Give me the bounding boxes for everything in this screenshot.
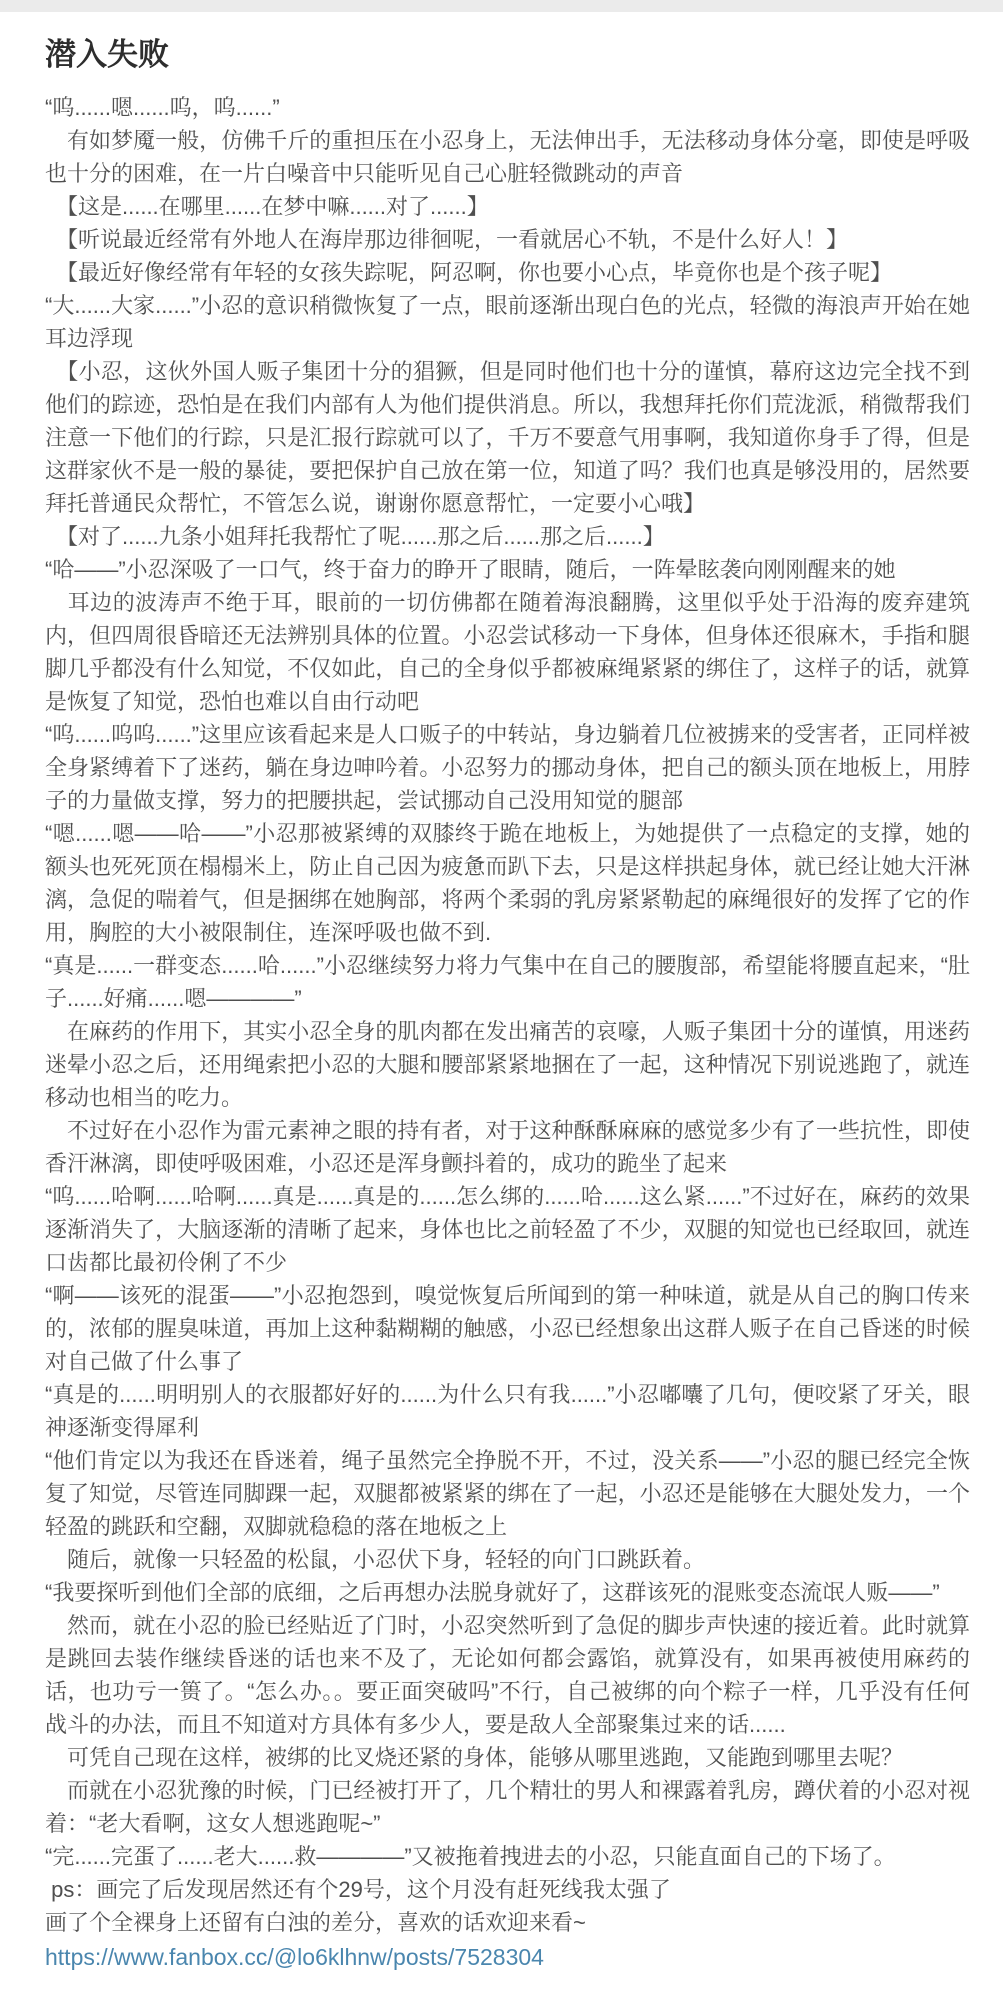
story-paragraph: 然而，就在小忍的脸已经贴近了门时，小忍突然听到了急促的脚步声快速的接近着。此时就… (45, 1609, 970, 1741)
story-paragraph: “完......完蛋了......老大......救————”又被拖着拽进去的小… (45, 1840, 970, 1873)
story-paragraph: “真是的......明明别人的衣服都好好的......为什么只有我......”… (45, 1378, 970, 1444)
story-paragraph: 【听说最近经常有外地人在海岸那边徘徊呢，一看就居心不轨，不是什么好人！】 (45, 223, 970, 256)
story-paragraph: 【这是......在哪里......在梦中嘛......对了......】 (45, 190, 970, 223)
page-title: 潜入失败 (45, 36, 970, 73)
story-paragraph: 【对了......九条小姐拜托我帮忙了呢......那之后......那之后..… (45, 520, 970, 553)
story-paragraph: 随后，就像一只轻盈的松鼠，小忍伏下身，轻轻的向门口跳跃着。 (45, 1543, 970, 1576)
story-paragraph: 耳边的波涛声不绝于耳，眼前的一切仿佛都在随着海浪翻腾，这里似乎处于沿海的废弃建筑… (45, 586, 970, 718)
story-paragraph: “大......大家......”小忍的意识稍微恢复了一点，眼前逐渐出现白色的光… (45, 289, 970, 355)
story-paragraph: “呜......哈啊......哈啊......真是......真是的.....… (45, 1180, 970, 1279)
fanbox-link[interactable]: https://www.fanbox.cc/@lo6klhnw/posts/75… (45, 1941, 544, 1974)
story-paragraph: “真是......一群变态......哈......”小忍继续努力将力气集中在自… (45, 949, 970, 1015)
story-paragraph: ps：画完了后发现居然还有个29号，这个月没有赶死线我太强了 (45, 1873, 970, 1906)
story-document: 潜入失败 “呜......嗯......呜，呜......” 有如梦魇一般，仿佛… (0, 12, 1003, 1998)
window-top-edge (0, 0, 1003, 12)
story-body: “呜......嗯......呜，呜......” 有如梦魇一般，仿佛千斤的重担… (45, 91, 970, 1939)
story-paragraph: 画了个全裸身上还留有白浊的差分，喜欢的话欢迎来看~ (45, 1906, 970, 1939)
story-paragraph: 不过好在小忍作为雷元素神之眼的持有者，对于这种酥酥麻麻的感觉多少有了一些抗性，即… (45, 1114, 970, 1180)
story-paragraph: “我要探听到他们全部的底细，之后再想办法脱身就好了，这群该死的混账变态流氓人贩—… (45, 1576, 970, 1609)
story-paragraph: “他们肯定以为我还在昏迷着，绳子虽然完全挣脱不开，不过，没关系——”小忍的腿已经… (45, 1444, 970, 1543)
story-paragraph: “哈——”小忍深吸了一口气，终于奋力的睁开了眼睛，随后，一阵晕眩袭向刚刚醒来的她 (45, 553, 970, 586)
story-paragraph: 可凭自己现在这样，被绑的比叉烧还紧的身体，能够从哪里逃跑，又能跑到哪里去呢？ (45, 1741, 970, 1774)
story-paragraph: “呜......呜呜......”这里应该看起来是人口贩子的中转站，身边躺着几位… (45, 718, 970, 817)
story-paragraph: 有如梦魇一般，仿佛千斤的重担压在小忍身上，无法伸出手，无法移动身体分毫，即使是呼… (45, 124, 970, 190)
story-paragraph: 而就在小忍犹豫的时候，门已经被打开了，几个精壮的男人和裸露着乳房，蹲伏着的小忍对… (45, 1774, 970, 1840)
story-paragraph: 【小忍，这伙外国人贩子集团十分的猖獗，但是同时他们也十分的谨慎，幕府这边完全找不… (45, 355, 970, 520)
story-paragraph: “啊——该死的混蛋——”小忍抱怨到，嗅觉恢复后所闻到的第一种味道，就是从自己的胸… (45, 1279, 970, 1378)
story-paragraph: 在麻药的作用下，其实小忍全身的肌肉都在发出痛苦的哀嚎，人贩子集团十分的谨慎，用迷… (45, 1015, 970, 1114)
story-paragraph: “嗯......嗯——哈——”小忍那被紧缚的双膝终于跪在地板上，为她提供了一点稳… (45, 817, 970, 949)
story-paragraph: “呜......嗯......呜，呜......” (45, 91, 970, 124)
story-paragraph: 【最近好像经常有年轻的女孩失踪呢，阿忍啊，你也要小心点，毕竟你也是个孩子呢】 (45, 256, 970, 289)
